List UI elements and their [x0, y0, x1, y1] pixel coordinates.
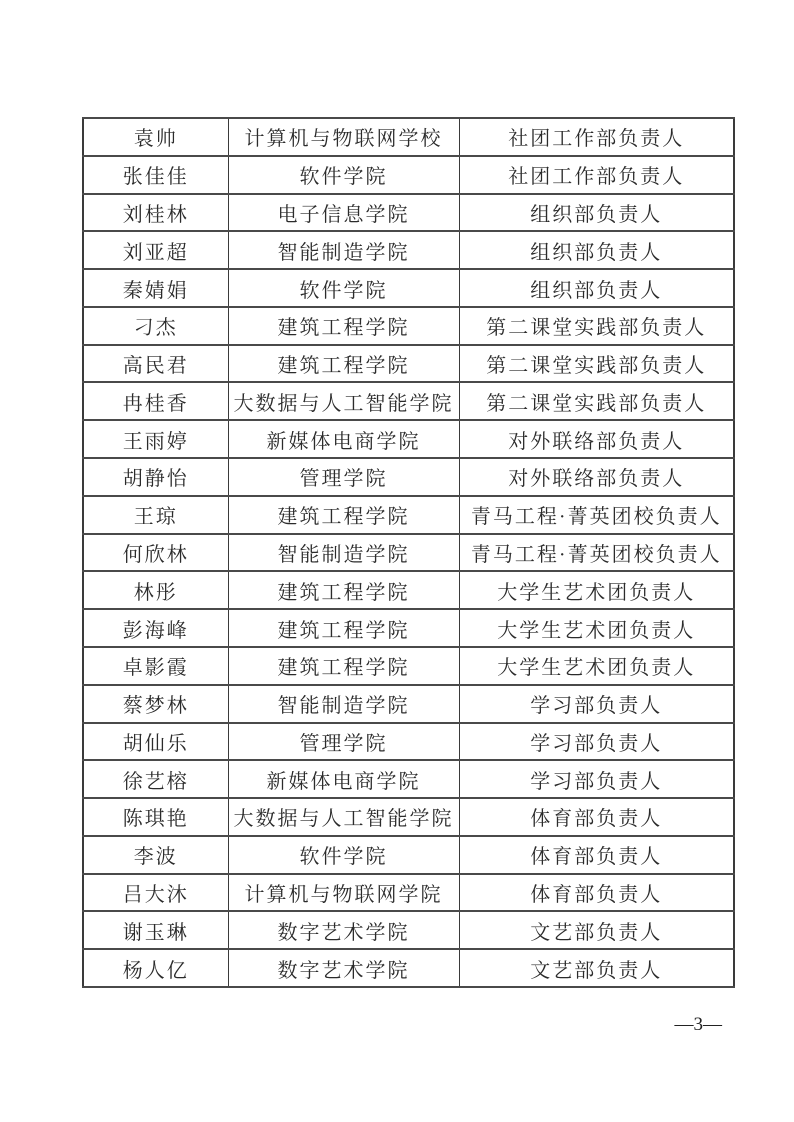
table-row: 彭海峰建筑工程学院大学生艺术团负责人: [83, 609, 734, 647]
college-cell: 电子信息学院: [228, 194, 459, 232]
position-cell: 青马工程·菁英团校负责人: [459, 496, 734, 534]
table-row: 刘桂林电子信息学院组织部负责人: [83, 194, 734, 232]
name-cell: 谢玉琳: [83, 911, 228, 949]
table-row: 谢玉琳数字艺术学院文艺部负责人: [83, 911, 734, 949]
position-cell: 对外联络部负责人: [459, 458, 734, 496]
table-row: 徐艺榕新媒体电商学院学习部负责人: [83, 760, 734, 798]
position-cell: 社团工作部负责人: [459, 118, 734, 156]
college-cell: 建筑工程学院: [228, 496, 459, 534]
name-cell: 袁帅: [83, 118, 228, 156]
position-cell: 组织部负责人: [459, 269, 734, 307]
table-row: 袁帅计算机与物联网学校社团工作部负责人: [83, 118, 734, 156]
college-cell: 新媒体电商学院: [228, 420, 459, 458]
position-cell: 第二课堂实践部负责人: [459, 307, 734, 345]
position-cell: 组织部负责人: [459, 194, 734, 232]
table-row: 冉桂香大数据与人工智能学院第二课堂实践部负责人: [83, 382, 734, 420]
position-cell: 大学生艺术团负责人: [459, 647, 734, 685]
college-cell: 建筑工程学院: [228, 609, 459, 647]
college-cell: 管理学院: [228, 458, 459, 496]
college-cell: 智能制造学院: [228, 534, 459, 572]
college-cell: 大数据与人工智能学院: [228, 382, 459, 420]
position-cell: 大学生艺术团负责人: [459, 609, 734, 647]
name-cell: 冉桂香: [83, 382, 228, 420]
name-cell: 陈琪艳: [83, 798, 228, 836]
table-row: 胡静怡管理学院对外联络部负责人: [83, 458, 734, 496]
position-cell: 第二课堂实践部负责人: [459, 345, 734, 383]
college-cell: 新媒体电商学院: [228, 760, 459, 798]
table-row: 何欣林智能制造学院青马工程·菁英团校负责人: [83, 534, 734, 572]
table-row: 王雨婷新媒体电商学院对外联络部负责人: [83, 420, 734, 458]
college-cell: 建筑工程学院: [228, 647, 459, 685]
name-cell: 杨人亿: [83, 949, 228, 987]
position-cell: 组织部负责人: [459, 231, 734, 269]
position-cell: 文艺部负责人: [459, 911, 734, 949]
table-row: 王琼建筑工程学院青马工程·菁英团校负责人: [83, 496, 734, 534]
position-cell: 学习部负责人: [459, 760, 734, 798]
name-cell: 张佳佳: [83, 156, 228, 194]
officers-table: 袁帅计算机与物联网学校社团工作部负责人张佳佳软件学院社团工作部负责人刘桂林电子信…: [82, 117, 735, 988]
college-cell: 数字艺术学院: [228, 949, 459, 987]
position-cell: 体育部负责人: [459, 836, 734, 874]
name-cell: 蔡梦林: [83, 685, 228, 723]
table-row: 陈琪艳大数据与人工智能学院体育部负责人: [83, 798, 734, 836]
page-number: —3—: [675, 1014, 723, 1036]
table-row: 卓影霞建筑工程学院大学生艺术团负责人: [83, 647, 734, 685]
college-cell: 建筑工程学院: [228, 307, 459, 345]
college-cell: 管理学院: [228, 723, 459, 761]
table-row: 刘亚超智能制造学院组织部负责人: [83, 231, 734, 269]
table-row: 吕大沐计算机与物联网学院体育部负责人: [83, 874, 734, 912]
table-row: 秦婧娟软件学院组织部负责人: [83, 269, 734, 307]
position-cell: 对外联络部负责人: [459, 420, 734, 458]
name-cell: 彭海峰: [83, 609, 228, 647]
position-cell: 青马工程·菁英团校负责人: [459, 534, 734, 572]
table-row: 张佳佳软件学院社团工作部负责人: [83, 156, 734, 194]
table-row: 刁杰建筑工程学院第二课堂实践部负责人: [83, 307, 734, 345]
table-row: 高民君建筑工程学院第二课堂实践部负责人: [83, 345, 734, 383]
document-page: 袁帅计算机与物联网学校社团工作部负责人张佳佳软件学院社团工作部负责人刘桂林电子信…: [0, 0, 794, 1122]
college-cell: 智能制造学院: [228, 231, 459, 269]
college-cell: 建筑工程学院: [228, 571, 459, 609]
college-cell: 建筑工程学院: [228, 345, 459, 383]
table-row: 杨人亿数字艺术学院文艺部负责人: [83, 949, 734, 987]
college-cell: 计算机与物联网学院: [228, 874, 459, 912]
name-cell: 林彤: [83, 571, 228, 609]
name-cell: 刘桂林: [83, 194, 228, 232]
name-cell: 王琼: [83, 496, 228, 534]
officers-table-body: 袁帅计算机与物联网学校社团工作部负责人张佳佳软件学院社团工作部负责人刘桂林电子信…: [83, 118, 734, 987]
position-cell: 第二课堂实践部负责人: [459, 382, 734, 420]
position-cell: 文艺部负责人: [459, 949, 734, 987]
college-cell: 软件学院: [228, 836, 459, 874]
college-cell: 计算机与物联网学校: [228, 118, 459, 156]
name-cell: 李波: [83, 836, 228, 874]
position-cell: 学习部负责人: [459, 723, 734, 761]
name-cell: 卓影霞: [83, 647, 228, 685]
name-cell: 秦婧娟: [83, 269, 228, 307]
name-cell: 胡静怡: [83, 458, 228, 496]
college-cell: 智能制造学院: [228, 685, 459, 723]
position-cell: 学习部负责人: [459, 685, 734, 723]
table-row: 蔡梦林智能制造学院学习部负责人: [83, 685, 734, 723]
name-cell: 何欣林: [83, 534, 228, 572]
college-cell: 软件学院: [228, 269, 459, 307]
name-cell: 徐艺榕: [83, 760, 228, 798]
name-cell: 高民君: [83, 345, 228, 383]
position-cell: 社团工作部负责人: [459, 156, 734, 194]
name-cell: 吕大沐: [83, 874, 228, 912]
college-cell: 数字艺术学院: [228, 911, 459, 949]
position-cell: 大学生艺术团负责人: [459, 571, 734, 609]
table-row: 李波软件学院体育部负责人: [83, 836, 734, 874]
college-cell: 软件学院: [228, 156, 459, 194]
name-cell: 刘亚超: [83, 231, 228, 269]
name-cell: 王雨婷: [83, 420, 228, 458]
position-cell: 体育部负责人: [459, 798, 734, 836]
name-cell: 胡仙乐: [83, 723, 228, 761]
college-cell: 大数据与人工智能学院: [228, 798, 459, 836]
table-row: 胡仙乐管理学院学习部负责人: [83, 723, 734, 761]
position-cell: 体育部负责人: [459, 874, 734, 912]
name-cell: 刁杰: [83, 307, 228, 345]
table-row: 林彤建筑工程学院大学生艺术团负责人: [83, 571, 734, 609]
